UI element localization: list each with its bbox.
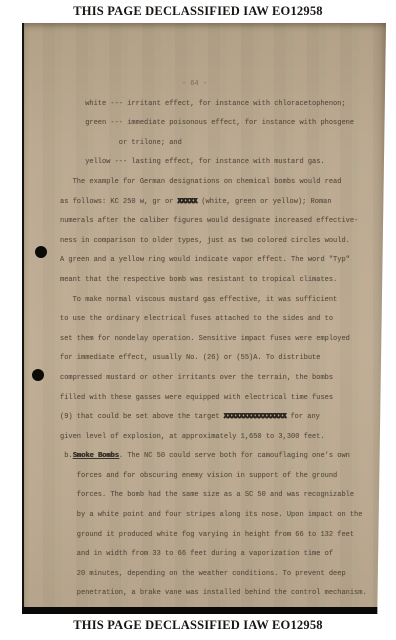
hole-punch-bottom xyxy=(32,369,44,381)
declassified-caption-bottom: THIS PAGE DECLASSIFIED IAW EO12958 xyxy=(0,618,396,633)
underlined-heading: Smoke Bombs xyxy=(73,452,119,460)
typewritten-line: meant that the respective bomb was resis… xyxy=(60,271,372,291)
typed-text: green --- immediate poisonous effect, fo… xyxy=(60,119,354,127)
typewritten-line: compressed mustard or other irritants ov… xyxy=(60,369,372,389)
typed-text: and in width from 33 to 66 feet during a… xyxy=(60,550,333,558)
typewritten-line: green --- immediate poisonous effect, fo… xyxy=(60,114,372,134)
typed-text: ground it produced white fog varying in … xyxy=(60,531,354,539)
typed-text: - 64 - xyxy=(60,80,207,88)
typed-text: To make normal viscous mustard gas effec… xyxy=(60,296,337,304)
typed-text: forces. The bomb had the same size as a … xyxy=(60,491,354,499)
typewritten-line: forces. The bomb had the same size as a … xyxy=(60,486,372,506)
typed-lines: - 64 - white --- irritant effect, for in… xyxy=(60,75,372,604)
typed-text: set them for nondelay operation. Sensiti… xyxy=(60,335,350,343)
typed-text: penetration, a brake vane was installed … xyxy=(60,589,367,597)
typewritten-line: b.Smoke Bombs. The NC 50 could serve bot… xyxy=(60,447,372,467)
typed-text: (9) that could be set above the target xyxy=(60,413,224,421)
typed-text: for any xyxy=(286,413,320,421)
typewritten-line: to use the ordinary electrical fuses att… xyxy=(60,310,372,330)
scan-left-edge-line xyxy=(22,23,24,614)
typewritten-line: or trilone; and xyxy=(60,134,372,154)
typewritten-line: filled with these gasses were equipped w… xyxy=(60,389,372,409)
typewritten-line: as follows: KC 250 w, gr or XXXXX (white… xyxy=(60,193,372,213)
typed-text: by a white point and four stripes along … xyxy=(60,511,362,519)
typed-text: filled with these gasses were equipped w… xyxy=(60,394,333,402)
typewritten-line: numerals after the caliber figures would… xyxy=(60,212,372,232)
typewritten-line: A green and a yellow ring would indicate… xyxy=(60,251,372,271)
typed-text: forces and for obscuring enemy vision in… xyxy=(60,472,337,480)
typed-text: as follows: KC 250 w, gr or xyxy=(60,198,178,206)
typewritten-line: ground it produced white fog varying in … xyxy=(60,526,372,546)
typed-text: meant that the respective bomb was resis… xyxy=(60,276,337,284)
typewritten-line: white --- irritant effect, for instance … xyxy=(60,95,372,115)
typewritten-line: and in width from 33 to 66 feet during a… xyxy=(60,545,372,565)
typed-text: for immediate effect, usually No. (26) o… xyxy=(60,354,320,362)
typed-text: given level of explosion, at approximate… xyxy=(60,433,325,441)
typed-text: compressed mustard or other irritants ov… xyxy=(60,374,333,382)
typewritten-line: 20 minutes, depending on the weather con… xyxy=(60,565,372,585)
typewritten-line: The example for German designations on c… xyxy=(60,173,372,193)
typed-text: A green and a yellow ring would indicate… xyxy=(60,256,350,264)
declassified-caption-top: THIS PAGE DECLASSIFIED IAW EO12958 xyxy=(0,4,396,19)
typewritten-line: penetration, a brake vane was installed … xyxy=(60,584,372,604)
typewritten-line: for immediate effect, usually No. (26) o… xyxy=(60,349,372,369)
typed-text: b. xyxy=(60,452,73,460)
typewritten-line: - 64 - xyxy=(60,75,372,95)
typewritten-line: To make normal viscous mustard gas effec… xyxy=(60,291,372,311)
scan-bottom-edge-bar xyxy=(22,607,386,614)
typed-text: or trilone; and xyxy=(60,139,182,147)
overstruck-redaction: XXXXX xyxy=(178,198,198,206)
typed-text: (white, green or yellow); Roman xyxy=(197,198,331,206)
typewritten-line: set them for nondelay operation. Sensiti… xyxy=(60,330,372,350)
typed-text: yellow --- lasting effect, for instance … xyxy=(60,158,325,166)
typewritten-line: given level of explosion, at approximate… xyxy=(60,428,372,448)
typewritten-line: (9) that could be set above the target X… xyxy=(60,408,372,428)
typewritten-line: forces and for obscuring enemy vision in… xyxy=(60,467,372,487)
typed-text: 20 minutes, depending on the weather con… xyxy=(60,570,346,578)
typed-text: ness in comparison to older types, just … xyxy=(60,237,350,245)
typewritten-line: yellow --- lasting effect, for instance … xyxy=(60,153,372,173)
hole-punch-top xyxy=(35,246,47,258)
typewritten-line: by a white point and four stripes along … xyxy=(60,506,372,526)
scanned-page: - 64 - white --- irritant effect, for in… xyxy=(22,23,386,614)
typed-text: numerals after the caliber figures would… xyxy=(60,217,358,225)
typewritten-line: ness in comparison to older types, just … xyxy=(60,232,372,252)
overstruck-redaction: XXXXXXXXXXXXXXXX xyxy=(224,413,286,421)
typed-text: to use the ordinary electrical fuses att… xyxy=(60,315,333,323)
typed-text: . The NC 50 could serve both for camoufl… xyxy=(119,452,350,460)
typed-text: The example for German designations on c… xyxy=(60,178,341,186)
typed-text: white --- irritant effect, for instance … xyxy=(60,100,346,108)
